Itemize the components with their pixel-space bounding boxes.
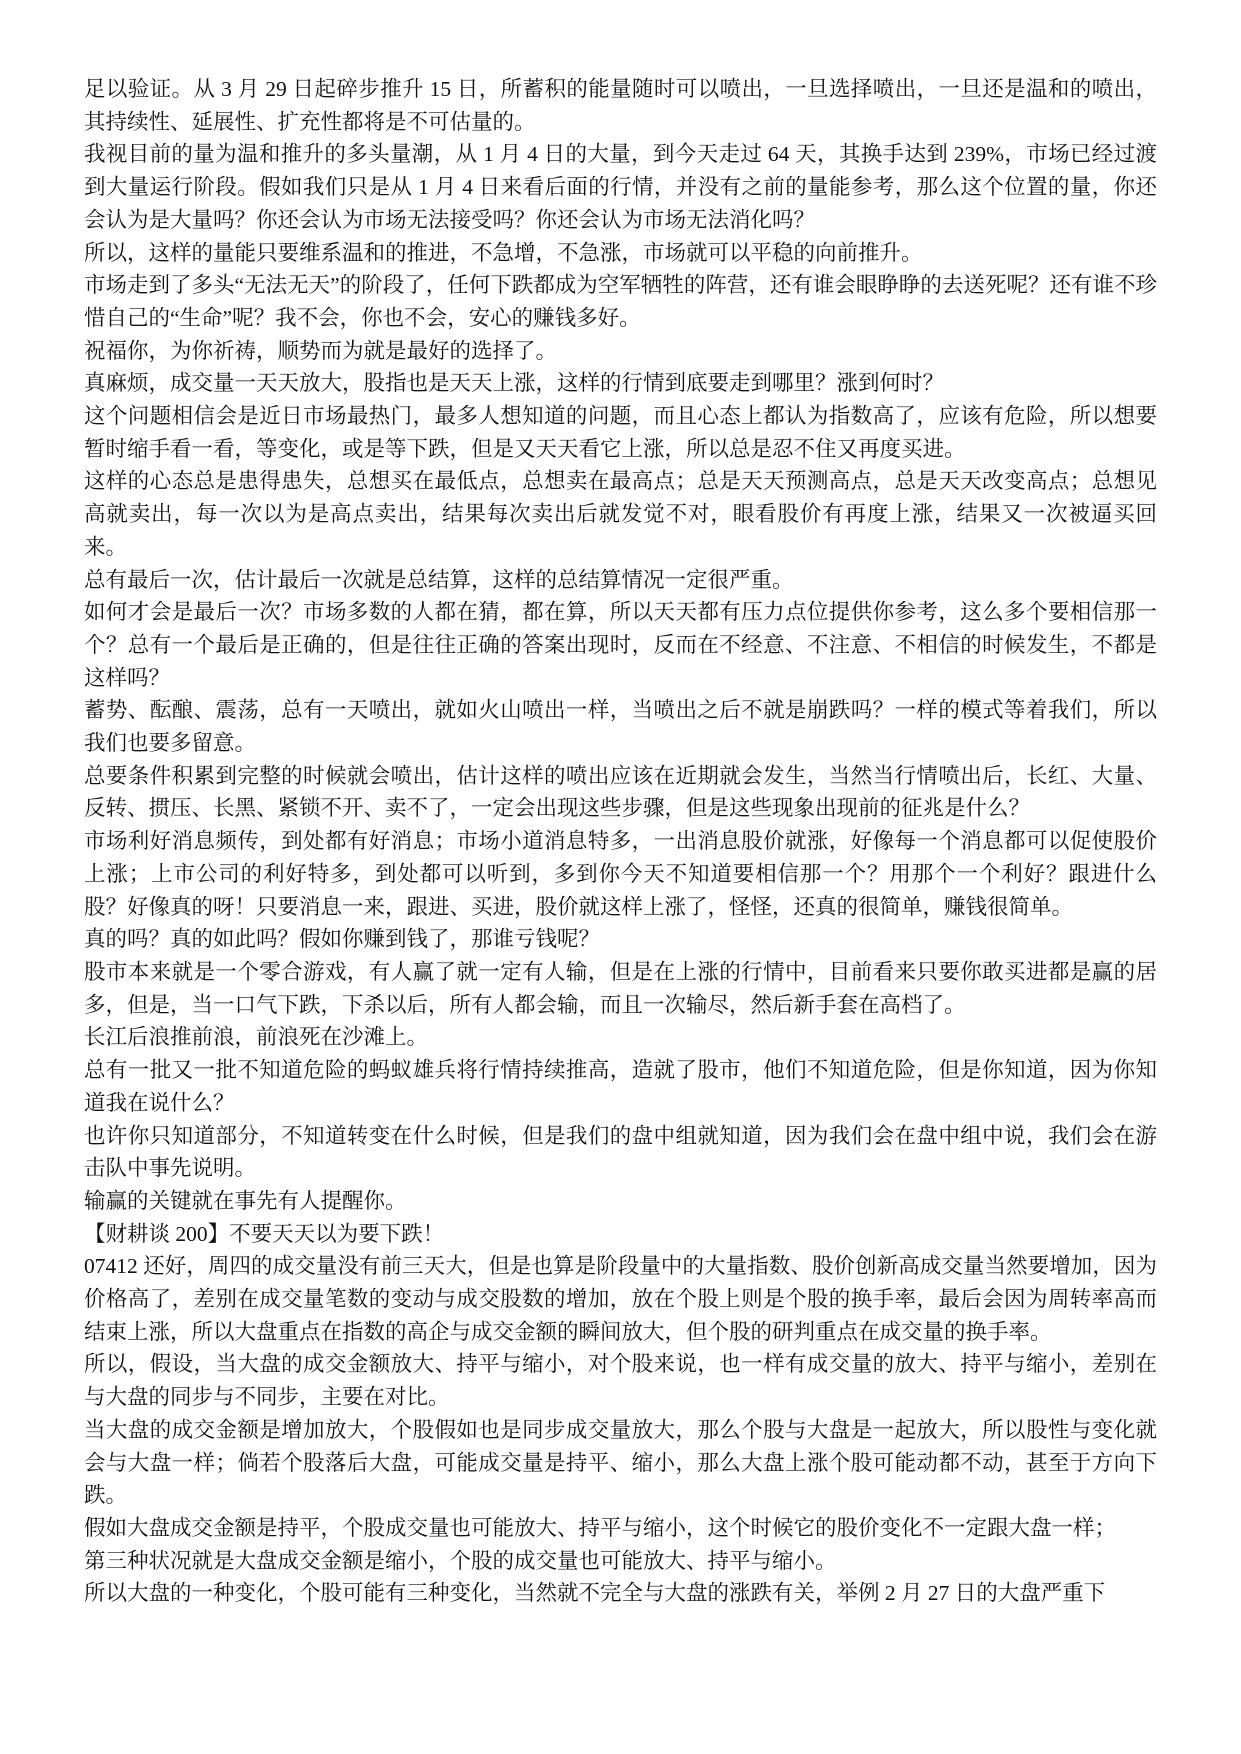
paragraph: 假如大盘成交金额是持平，个股成交量也可能放大、持平与缩小，这个时候它的股价变化不… — [84, 1512, 1157, 1545]
paragraph: 真麻烦，成交量一天天放大，股指也是天天上涨，这样的行情到底要走到哪里？涨到何时？ — [84, 367, 1157, 400]
paragraph: 所以，这样的量能只要维系温和的推进，不急增，不急涨，市场就可以平稳的向前推升。 — [84, 237, 1157, 270]
paragraph: 这样的心态总是患得患失，总想买在最低点，总想卖在最高点；总是天天预测高点，总是天… — [84, 465, 1157, 563]
document-text-body: 足以验证。从 3 月 29 日起碎步推升 15 日，所蓄积的能量随时可以喷出，一… — [84, 73, 1157, 1610]
paragraph: 07412 还好，周四的成交量没有前三天大，但是也算是阶段量中的大量指数、股价创… — [84, 1250, 1157, 1348]
paragraph: 股市本来就是一个零合游戏，有人赢了就一定有人输，但是在上涨的行情中，目前看来只要… — [84, 956, 1157, 1021]
paragraph: 蓄势、酝酿、震荡，总有一天喷出，就如火山喷出一样，当喷出之后不就是崩跌吗？一样的… — [84, 694, 1157, 759]
paragraph: 祝福你，为你祈祷，顺势而为就是最好的选择了。 — [84, 335, 1157, 368]
paragraph: 足以验证。从 3 月 29 日起碎步推升 15 日，所蓄积的能量随时可以喷出，一… — [84, 73, 1157, 138]
paragraph: 当大盘的成交金额是增加放大，个股假如也是同步成交量放大，那么个股与大盘是一起放大… — [84, 1414, 1157, 1512]
paragraph: 我视目前的量为温和推升的多头量潮，从 1 月 4 日的大量，到今天走过 64 天… — [84, 138, 1157, 236]
paragraph: 市场利好消息频传，到处都有好消息；市场小道消息特多，一出消息股价就涨，好像每一个… — [84, 825, 1157, 923]
paragraph: 所以，假设，当大盘的成交金额放大、持平与缩小，对个股来说，也一样有成交量的放大、… — [84, 1348, 1157, 1413]
paragraph: 所以大盘的一种变化，个股可能有三种变化，当然就不完全与大盘的涨跌有关，举例 2 … — [84, 1577, 1157, 1610]
paragraph: 这个问题相信会是近日市场最热门，最多人想知道的问题，而且心态上都认为指数高了，应… — [84, 400, 1157, 465]
paragraph: 【财耕谈 200】不要天天以为要下跌！ — [84, 1218, 1157, 1251]
paragraph: 总有最后一次，估计最后一次就是总结算，这样的总结算情况一定很严重。 — [84, 564, 1157, 597]
paragraph: 长江后浪推前浪，前浪死在沙滩上。 — [84, 1021, 1157, 1054]
paragraph: 总有一批又一批不知道危险的蚂蚁雄兵将行情持续推高，造就了股市，他们不知道危险，但… — [84, 1054, 1157, 1119]
paragraph: 输赢的关键就在事先有人提醒你。 — [84, 1185, 1157, 1218]
paragraph: 真的吗？真的如此吗？假如你赚到钱了，那谁亏钱呢？ — [84, 923, 1157, 956]
paragraph: 如何才会是最后一次？市场多数的人都在猜，都在算，所以天天都有压力点位提供你参考，… — [84, 596, 1157, 694]
paragraph: 总要条件积累到完整的时候就会喷出，估计这样的喷出应该在近期就会发生，当然当行情喷… — [84, 760, 1157, 825]
paragraph: 也许你只知道部分，不知道转变在什么时候，但是我们的盘中组就知道，因为我们会在盘中… — [84, 1120, 1157, 1185]
document-page: 足以验证。从 3 月 29 日起碎步推升 15 日，所蓄积的能量随时可以喷出，一… — [0, 0, 1241, 1754]
paragraph: 市场走到了多头“无法无天”的阶段了，任何下跌都成为空军牺牲的阵营，还有谁会眼睁睁… — [84, 269, 1157, 334]
paragraph: 第三种状况就是大盘成交金额是缩小，个股的成交量也可能放大、持平与缩小。 — [84, 1545, 1157, 1578]
